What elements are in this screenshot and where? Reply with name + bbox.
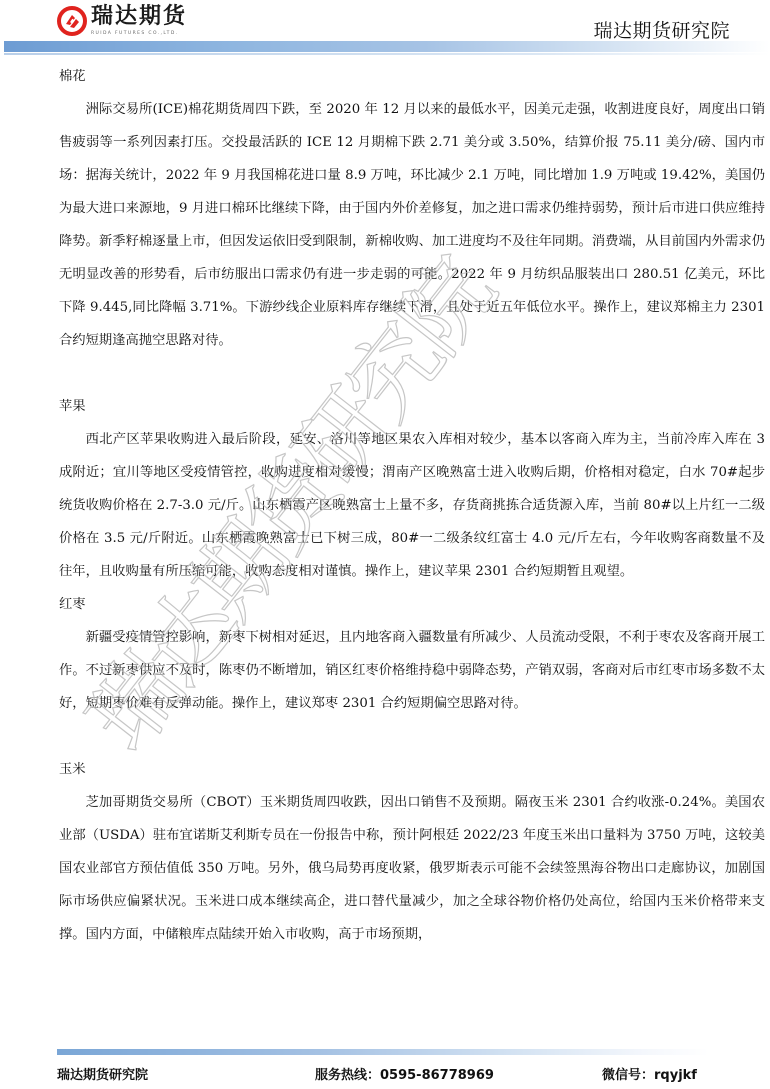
company-logo: 瑞达期货 RUIDA FUTURES CO.,LTD. xyxy=(57,4,187,40)
section-paragraph: 西北产区苹果收购进入最后阶段，延安、洛川等地区果农入库相对较少，基本以客商入库为… xyxy=(59,423,765,588)
logo-english-name: RUIDA FUTURES CO.,LTD. xyxy=(91,31,187,37)
section-paragraph: 洲际交易所(ICE)棉花期货周四下跌，至 2020 年 12 月以来的最低水平，… xyxy=(59,93,765,357)
page-footer: 瑞达期货研究院 服务热线：0595-86778969 微信号：rqyjkf xyxy=(57,1064,707,1084)
footer-organization: 瑞达期货研究院 xyxy=(57,1064,148,1083)
header-gradient-bar xyxy=(4,41,770,52)
section-red-jujube: 红枣 新疆受疫情管控影响，新枣下树相对延迟，且内地客商入疆数量有所减少、人员流动… xyxy=(59,588,765,720)
ruida-logo-icon xyxy=(57,6,87,36)
section-title: 苹果 xyxy=(59,390,765,423)
report-body: 棉花 洲际交易所(ICE)棉花期货周四下跌，至 2020 年 12 月以来的最低… xyxy=(59,60,765,951)
spacer xyxy=(59,720,765,753)
footer-hotline: 服务热线：0595-86778969 xyxy=(315,1064,494,1083)
section-paragraph: 芝加哥期货交易所（CBOT）玉米期货周四收跌，因出口销售不及预期。隔夜玉米 23… xyxy=(59,786,765,951)
logo-chinese-name: 瑞达期货 xyxy=(91,4,187,30)
header-title: 瑞达期货研究院 xyxy=(593,16,730,43)
section-corn: 玉米 芝加哥期货交易所（CBOT）玉米期货周四收跌，因出口销售不及预期。隔夜玉米… xyxy=(59,753,765,951)
section-title: 玉米 xyxy=(59,753,765,786)
section-title: 红枣 xyxy=(59,588,765,621)
section-paragraph: 新疆受疫情管控影响，新枣下树相对延迟，且内地客商入疆数量有所减少、人员流动受限，… xyxy=(59,621,765,720)
header-divider xyxy=(4,53,770,55)
footer-gradient-bar xyxy=(57,1049,709,1055)
footer-wechat: 微信号：rqyjkf xyxy=(602,1064,697,1083)
section-apple: 苹果 西北产区苹果收购进入最后阶段，延安、洛川等地区果农入库相对较少，基本以客商… xyxy=(59,390,765,588)
spacer xyxy=(59,357,765,390)
page-header: 瑞达期货 RUIDA FUTURES CO.,LTD. 瑞达期货研究院 xyxy=(0,0,770,58)
section-title: 棉花 xyxy=(59,60,765,93)
section-cotton: 棉花 洲际交易所(ICE)棉花期货周四下跌，至 2020 年 12 月以来的最低… xyxy=(59,60,765,357)
